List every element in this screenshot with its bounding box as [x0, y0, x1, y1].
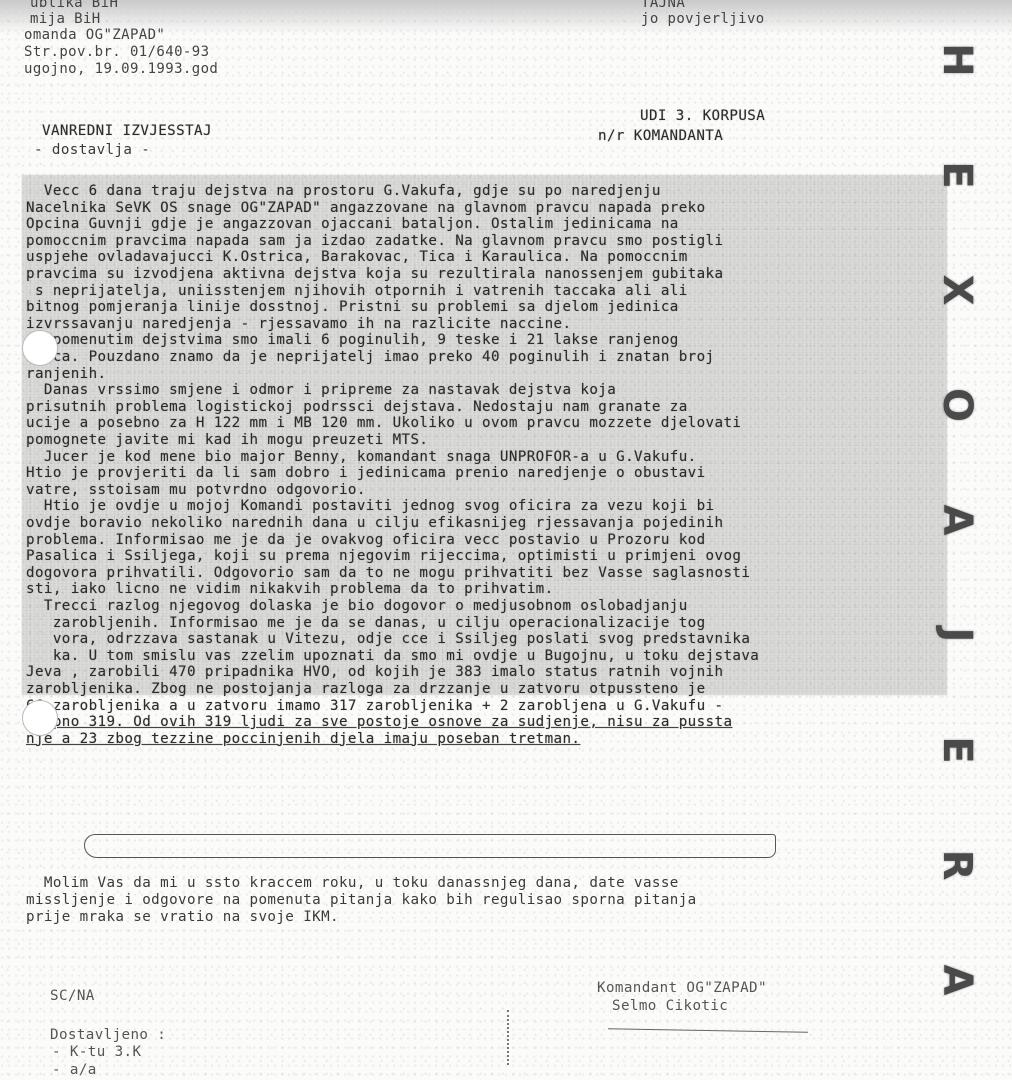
stamp-glyph: E: [937, 723, 977, 777]
stamp-glyph: X: [937, 263, 977, 317]
stamp-glyph: O: [937, 378, 977, 432]
body-line: sti, iako licno ne vidim nikakvih proble…: [26, 581, 554, 597]
body-line: 66 zarobljenika a u zatvoru imamo 317 za…: [26, 698, 723, 714]
body-line: vatre, sstoisam mu potvrdno odgovorio.: [26, 482, 366, 498]
stamp-glyph: A: [937, 953, 977, 1007]
handwritten-circle-mark: [84, 834, 776, 858]
header-left-line: mija BiH: [30, 11, 101, 27]
body-line: prisutnih problema logistickoj podrssci …: [26, 399, 688, 415]
body-line: Opcina Guvnji gdje je angazzovan ojaccan…: [26, 216, 679, 232]
margin-dot-mark: [507, 1010, 515, 1065]
recipient-line: UDI 3. KORPUSA: [640, 108, 765, 124]
classification-sublabel: jo povjerljivo: [641, 11, 765, 27]
body-line: U pomenutim dejstvima smo imali 6 poginu…: [26, 332, 679, 348]
body-line: nje a 23 zbog tezzine poccinjenih djela …: [26, 731, 580, 747]
closing-line: prije mraka se vratio na svoje IKM.: [26, 909, 339, 925]
report-title: VANREDNI IZVJESSTAJ: [42, 123, 212, 139]
stamp-glyph: R: [937, 838, 977, 892]
distribution-label: Dostavljeno :: [50, 1027, 166, 1043]
body-line: ranjenih.: [26, 366, 106, 382]
body-line: pravcima su izvodjena aktivna dejstva ko…: [26, 266, 723, 282]
classification-label: TAJNA: [641, 0, 685, 11]
initials: SC/NA: [50, 988, 95, 1004]
punch-hole: [22, 700, 58, 736]
body-line: dogovora prihvatili. Odgovorio sam da to…: [26, 565, 750, 581]
body-line: Vecc 6 dana traju dejstva na prostoru G.…: [26, 183, 661, 199]
body-line: vora, odrzzava sastanak u Vitezu, odje c…: [26, 631, 750, 647]
closing-line: missljenje i odgovore na pomenuta pitanj…: [26, 892, 697, 908]
body-line: Nacelnika SeVK OS snage OG"ZAPAD" angazz…: [26, 200, 706, 216]
body-line: Jucer je kod mene bio major Benny, koman…: [26, 449, 697, 465]
header-left-line: omanda OG"ZAPAD": [24, 27, 165, 43]
delivery-note: - dostavlja -: [34, 142, 150, 158]
scanned-document-page: ublika BiH mija BiH omanda OG"ZAPAD" Str…: [0, 0, 1012, 1080]
body-line: Pasalica i Ssiljega, koji su prema njego…: [26, 548, 741, 564]
body-line: zarobljenih. Informisao me je da se dana…: [26, 615, 706, 631]
body-line: borca. Pouzdano znamo da je neprijatelj …: [26, 349, 715, 365]
signature-title: Komandant OG"ZAPAD": [597, 980, 767, 996]
body-line: ucije a posebno za H 122 mm i MB 120 mm.…: [26, 415, 741, 431]
body-line: zarobljenika. Zbog ne postojanja razloga…: [26, 681, 706, 697]
body-line: bitnog pomjeranja linije dosstnoj. Prist…: [26, 299, 679, 315]
body-line: uspjehe ovladavajucci K.Ostrica, Barakov…: [26, 249, 688, 265]
header-left-line: ugojno, 19.09.1993.god: [24, 61, 218, 77]
body-line: pomoccnim pravcima napada sam ja izdao z…: [26, 233, 723, 249]
recipient-attention: n/r KOMANDANTA: [598, 128, 723, 144]
distribution-item: - K-tu 3.K: [52, 1044, 141, 1060]
body-line: Trecci razlog njegovog dolaska je bio do…: [26, 598, 688, 614]
body-line: ka. U tom smislu vas zzelim upoznati da …: [26, 648, 759, 664]
body-line: problema. Informisao me je da je ovakvog…: [26, 532, 706, 548]
body-line: izvrssavanju naredjenja - rjessavamo ih …: [26, 316, 571, 332]
body-line: pomognete javite mi kad ih mogu preuzeti…: [26, 432, 428, 448]
body-line: Htio je ovdje u mojoj Komandi postaviti …: [26, 498, 715, 514]
body-line: s neprijatelja, uniisstenjem njihovih ot…: [26, 283, 688, 299]
header-left-line: Str.pov.br. 01/640-93: [24, 44, 209, 60]
stamp-glyph: H: [937, 33, 977, 87]
body-line: ovdje boravio nekoliko narednih dana u c…: [26, 515, 723, 531]
body-line: Htio je provjeriti da li sam dobro i jed…: [26, 465, 706, 481]
body-line: ukupno 319. Od ovih 319 ljudi za sve pos…: [26, 714, 732, 730]
signature-name: Selmo Cikotic: [612, 998, 728, 1014]
distribution-item: - a/a: [52, 1062, 97, 1078]
stamp-glyph: J: [937, 608, 977, 662]
closing-line: Molim Vas da mi u ssto kraccem roku, u t…: [26, 875, 679, 891]
header-left-line: ublika BiH: [30, 0, 118, 11]
vertical-archive-stamp: HEXOAJERA: [922, 0, 992, 1080]
body-line: Jeva , zarobili 470 pripadnika HVO, od k…: [26, 664, 723, 680]
punch-hole: [22, 330, 58, 366]
signature-line: [608, 1028, 808, 1032]
body-line: Danas vrssimo smjene i odmor i pripreme …: [26, 382, 616, 398]
stamp-glyph: A: [937, 493, 977, 547]
stamp-glyph: E: [937, 148, 977, 202]
